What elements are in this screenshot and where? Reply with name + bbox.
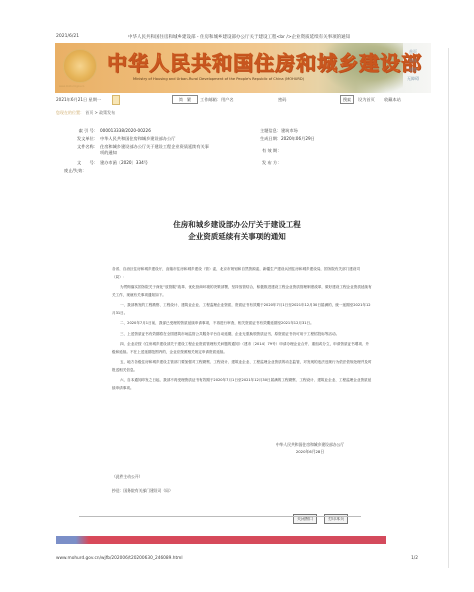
side-link-traditional[interactable]: 繁體 — [401, 65, 425, 74]
national-emblem-icon — [63, 49, 97, 83]
footer-banner — [56, 536, 386, 544]
meta-publisher: 发 布 方： — [262, 160, 281, 166]
banner-side-links: 首页 简体 繁體 无障碍 — [401, 47, 425, 83]
body-paragraph: 五、地方各级住房和城乡建设主管部门要加强对工程勘察、工程设计、建筑业企业、工程监… — [112, 359, 372, 374]
content-divider — [79, 516, 361, 517]
print-url: www.mohurd.gov.cn/wjfb/202006/t20200630_… — [56, 556, 183, 561]
print-page-title: 中华人民共和国住房和城乡建设部 - 住房和城乡建设部办公厅关于建设工程<br /… — [128, 34, 350, 40]
site-banner: www.mohurd.gov.cn 中华人民共和国住房和城乡建设部 Minist… — [55, 43, 431, 93]
breadcrumb-prefix: 您现在的位置： — [56, 110, 84, 115]
cc-note: 抄送：国务院有关部门建设司（局） — [112, 488, 173, 494]
body-paragraph: 四、企业应按《住房城乡建设部关于建设工程企业资质管理有关问题的通知》（建市〔20… — [112, 341, 372, 356]
breadcrumb-path[interactable]: 首页 > 政策发布 — [85, 110, 115, 115]
meta-category: 主题信息：建筑市场 — [260, 128, 298, 134]
document-title-line1: 住房和城乡建设部办公厅关于建设工程 — [0, 219, 474, 231]
signature-block: 中华人民共和国住房和城乡建设部办公厅 2020年6月28日 — [250, 441, 370, 455]
body-paragraph: 一、我部核发的工程勘察、工程设计、建筑业企业、工程监理企业资质，资质证书有效期于… — [112, 302, 372, 317]
signature-date: 2020年6月28日 — [250, 448, 370, 455]
meta-index: 索 引 号：000013338/2020-00226 — [72, 128, 151, 134]
document-title: 住房和城乡建设部办公厅关于建设工程 企业资质延续有关事项的通知 — [0, 219, 474, 243]
site-title-en: Ministry of Housing and Urban-Rural Deve… — [133, 77, 304, 81]
add-favorite-link[interactable]: 收藏本站 — [384, 97, 401, 103]
site-toolbar: 2021年6月21日 星期一 简 繁 工作邮箱：用户名 密码 搜索 设为首页 收… — [56, 95, 431, 105]
meta-validity: 有 效 期： — [262, 148, 281, 154]
search-button[interactable]: 搜索 — [340, 95, 354, 104]
meta-issuer: 发文单位：中华人民共和国住房和城乡建设部办公厅 — [72, 136, 175, 142]
signature-org: 中华人民共和国住房和城乡建设部办公厅 — [250, 441, 370, 448]
side-link-accessibility[interactable]: 无障碍 — [401, 74, 425, 83]
page-edge-line — [448, 48, 449, 568]
meta-docno: 文 号：建办市函〔2020〕334号 — [72, 160, 148, 166]
set-homepage-link[interactable]: 设为首页 — [358, 97, 375, 103]
breadcrumb: 您现在的位置： 首页 > 政策发布 — [56, 110, 115, 116]
side-link-home[interactable]: 首页 — [401, 47, 425, 56]
password-label: 密码 — [278, 97, 286, 103]
action-buttons: 关闭窗口 打印本页 — [293, 505, 350, 524]
body-paragraph: 二、2020年7月1日前，我部已受理的资质延续申请事项，不再进行审查，相关资质证… — [112, 320, 372, 328]
public-note: （此件主动公开） — [112, 474, 142, 480]
language-toggle[interactable]: 简 繁 — [172, 95, 198, 104]
body-paragraph-salutation: 各省、自治区住房和城乡建设厅，直辖市住房和城乡建设（管）委，北京市规划和自然资源… — [112, 266, 372, 281]
document-body: 各省、自治区住房和城乡建设厅，直辖市住房和城乡建设（管）委，北京市规划和自然资源… — [112, 266, 372, 395]
side-link-simplified[interactable]: 简体 — [401, 56, 425, 65]
calendar-icon[interactable] — [112, 95, 120, 105]
site-title-cn: 中华人民共和国住房和城乡建设部 — [107, 47, 422, 76]
body-paragraph: 为贯彻落实国务院关于深化“放管服”改革、优化营商环境的决策部署，坚持放管结合，积… — [112, 284, 372, 299]
meta-title: 文件名称：住房和城乡建设部办公厅关于建设工程企业资质延续有关事项的通知 — [72, 144, 210, 156]
mail-login-label[interactable]: 工作邮箱：用户名 — [200, 97, 234, 103]
print-page-number: 1/2 — [411, 556, 418, 561]
body-paragraph: 六、自本通知印发之日起，我部不再受理资质证书有效期于2020年7月1日至2021… — [112, 377, 372, 392]
emblem-caption: www.mohurd.gov.cn — [59, 85, 84, 88]
print-date: 2021/6/21 — [56, 34, 79, 39]
document-title-line2: 企业资质延续有关事项的通知 — [0, 231, 474, 243]
current-date: 2021年6月21日 星期一 — [56, 97, 101, 103]
body-paragraph: 三、上述资质证书有效期将在全国建筑市场监管公共服务平台自动延期，企业无需换领资质… — [112, 331, 372, 339]
meta-status: 废止/失效： — [64, 168, 86, 174]
meta-date: 生成日期：2020年06月29日 — [260, 136, 315, 142]
